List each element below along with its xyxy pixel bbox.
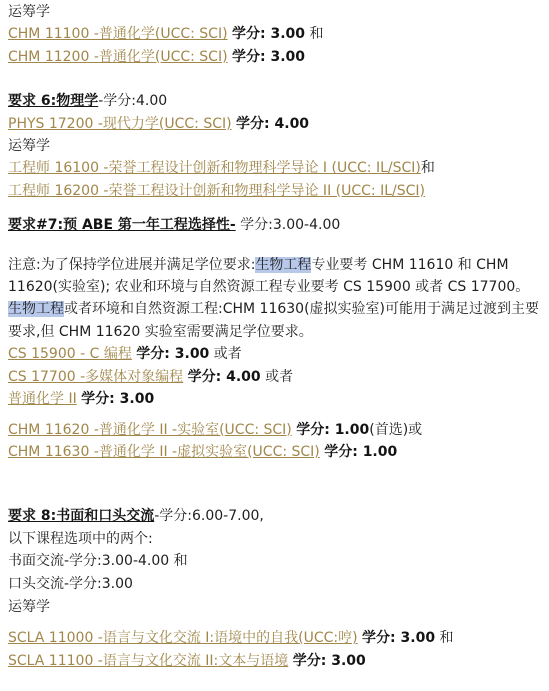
text-span: 和	[305, 26, 323, 42]
text-span: 书面交流-学分:3.00-4.00 和	[8, 553, 188, 569]
requirement-8-communication-line: 口头交流-学分:3.00	[8, 573, 541, 595]
requirement-8-communication-line: 书面交流-学分:3.00-4.00 和	[8, 550, 541, 572]
credits-value: 学分: 3.00	[362, 630, 435, 646]
link-chm-11200[interactable]: CHM 11200 -普通化学(UCC: SCI)	[8, 49, 228, 65]
link-engr-16100[interactable]: 工程师 16100 -荣誉工程设计创新和物理科学导论 I (UCC: IL/SC…	[8, 160, 421, 176]
degree-audit-document: 运筹学CHM 11100 -普通化学(UCC: SCI) 学分: 3.00 和C…	[0, 0, 549, 672]
requirement-6-physics-line: 要求 6:物理学-学分:4.00	[8, 90, 541, 112]
chm-lab-options: CHM 11620 -普通化学 II -实验室(UCC: SCI) 学分: 1.…	[8, 419, 541, 464]
requirement-6-physics-line: PHYS 17200 -现代力学(UCC: SCI) 学分: 4.00	[8, 113, 541, 135]
text-span: 或者环境和自然资源工程:CHM 11630(虚拟实验室)可能用于满足过渡到主要要…	[8, 301, 539, 339]
text-span: (首选)或	[369, 422, 422, 438]
credits-value: 学分: 1.00	[296, 422, 369, 438]
credits-value: 学分: 3.00	[136, 346, 209, 362]
general-chemistry-group-line: CHM 11100 -普通化学(UCC: SCI) 学分: 3.00 和	[8, 23, 541, 45]
scla-courses-line: SCLA 11100 -语言与文化交流 II:文本与语境 学分: 3.00	[8, 650, 541, 672]
requirement-8-communication: 要求 8:书面和口头交流-学分:6.00-7.00,以下课程选项中的两个:书面交…	[8, 505, 541, 595]
text-span: 注意:为了保持学位进展并满足学位要求:	[8, 257, 255, 273]
requirement-8-communication-line: 以下课程选项中的两个:	[8, 528, 541, 550]
credits-value: 学分: 1.00	[324, 444, 397, 460]
text-span: 运筹学	[8, 138, 50, 154]
requirement-6-physics: 要求 6:物理学-学分:4.00PHYS 17200 -现代力学(UCC: SC…	[8, 90, 541, 202]
chm-lab-options-line: CHM 11620 -普通化学 II -实验室(UCC: SCI) 学分: 1.…	[8, 419, 541, 441]
requirement-7-options-line: 注意:为了保持学位进展并满足学位要求:生物工程专业要考 CHM 11610 和 …	[8, 254, 541, 344]
link-general-chemistry-2[interactable]: 普通化学 II	[8, 391, 77, 407]
text-span: 运筹学	[8, 599, 50, 615]
operations-label: 运筹学	[8, 596, 541, 618]
text-span: 学分:3.00-4.00	[236, 217, 341, 233]
link-chm-11630[interactable]: CHM 11630 -普通化学 II -虚拟实验室(UCC: SCI)	[8, 444, 320, 460]
requirement-7-heading: 要求#7:预 ABE 第一年工程选择性- 学分:3.00-4.00	[8, 214, 541, 236]
credits-value: 学分: 3.00	[232, 26, 305, 42]
credits-value: 学分: 4.00	[188, 369, 261, 385]
text-span: -学分:6.00-7.00,	[154, 508, 264, 524]
general-chemistry-group-line: CHM 11200 -普通化学(UCC: SCI) 学分: 3.00	[8, 46, 541, 68]
text-span: 和	[435, 630, 453, 646]
requirement-6-physics-line: 运筹学	[8, 135, 541, 157]
requirement-7-heading-line: 要求#7:预 ABE 第一年工程选择性- 学分:3.00-4.00	[8, 214, 541, 236]
scla-courses: SCLA 11000 -语言与文化交流 I:语境中的自我(UCC:哼) 学分: …	[8, 627, 541, 672]
credits-value: 学分: 3.00	[232, 49, 305, 65]
requirement-7-options-line: CS 17700 -多媒体对象编程 学分: 4.00 或者	[8, 366, 541, 388]
text-span: 以下课程选项中的两个:	[8, 531, 153, 547]
requirement-7-options: 注意:为了保持学位进展并满足学位要求:生物工程专业要考 CHM 11610 和 …	[8, 254, 541, 411]
link-chm-11620[interactable]: CHM 11620 -普通化学 II -实验室(UCC: SCI)	[8, 422, 292, 438]
link-phys-17200[interactable]: PHYS 17200 -现代力学(UCC: SCI)	[8, 116, 232, 132]
requirement-7-options-line: CS 15900 - C 编程 学分: 3.00 或者	[8, 343, 541, 365]
requirement-7-options-line: 普通化学 II 学分: 3.00	[8, 388, 541, 410]
link-cs-15900[interactable]: CS 15900 - C 编程	[8, 346, 132, 362]
general-chemistry-group-line: 运筹学	[8, 1, 541, 23]
link-scla-11000[interactable]: SCLA 11000 -语言与文化交流 I:语境中的自我(UCC:哼)	[8, 630, 358, 646]
credits-value: 学分: 3.00	[81, 391, 154, 407]
requirement-8-communication-line: 要求 8:书面和口头交流-学分:6.00-7.00,	[8, 505, 541, 527]
highlighted-term: 生物工程	[255, 257, 311, 273]
requirement-heading: 要求#7:预 ABE 第一年工程选择性-	[8, 217, 236, 233]
link-scla-11100[interactable]: SCLA 11100 -语言与文化交流 II:文本与语境	[8, 653, 288, 669]
chm-lab-options-line: CHM 11630 -普通化学 II -虚拟实验室(UCC: SCI) 学分: …	[8, 441, 541, 463]
highlighted-term: 生物工程	[8, 301, 64, 317]
link-chm-11100[interactable]: CHM 11100 -普通化学(UCC: SCI)	[8, 26, 228, 42]
text-span: -学分:4.00	[98, 93, 167, 109]
text-span: 和	[421, 160, 435, 176]
text-span: 口头交流-学分:3.00	[8, 576, 133, 592]
text-span: 或者	[209, 346, 241, 362]
text-span: 或者	[261, 369, 293, 385]
credits-value: 学分: 4.00	[236, 116, 309, 132]
requirement-6-physics-line: 工程师 16100 -荣誉工程设计创新和物理科学导论 I (UCC: IL/SC…	[8, 157, 541, 179]
text-span: 运筹学	[8, 4, 50, 20]
operations-label-line: 运筹学	[8, 596, 541, 618]
requirement-heading: 要求 8:书面和口头交流	[8, 508, 154, 524]
scla-courses-line: SCLA 11000 -语言与文化交流 I:语境中的自我(UCC:哼) 学分: …	[8, 627, 541, 649]
link-engr-16200[interactable]: 工程师 16200 -荣誉工程设计创新和物理科学导论 II (UCC: IL/S…	[8, 183, 425, 199]
credits-value: 学分: 3.00	[293, 653, 366, 669]
requirement-6-physics-line: 工程师 16200 -荣誉工程设计创新和物理科学导论 II (UCC: IL/S…	[8, 180, 541, 202]
requirement-heading: 要求 6:物理学	[8, 93, 98, 109]
link-cs-17700[interactable]: CS 17700 -多媒体对象编程	[8, 369, 183, 385]
general-chemistry-group: 运筹学CHM 11100 -普通化学(UCC: SCI) 学分: 3.00 和C…	[8, 1, 541, 68]
